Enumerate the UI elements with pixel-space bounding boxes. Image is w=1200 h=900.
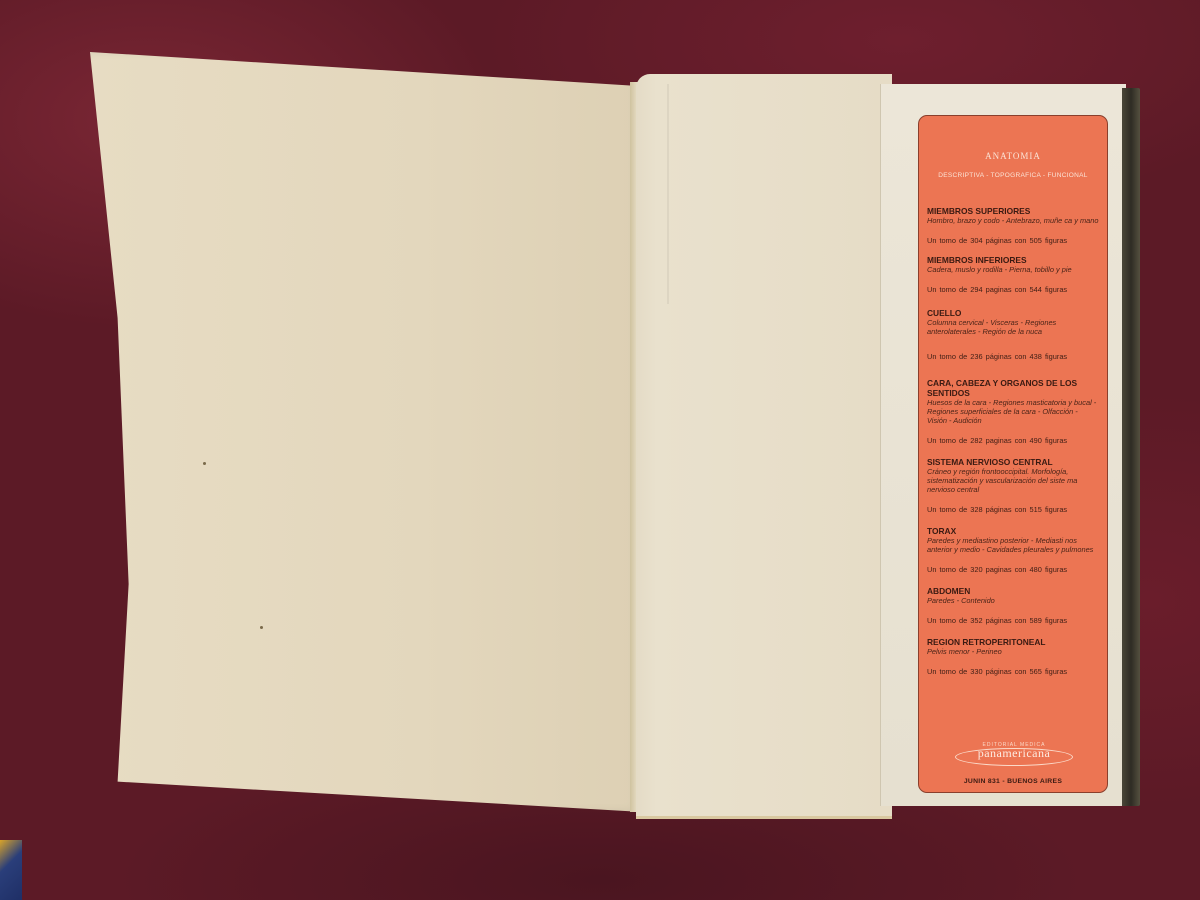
- card-title: ANATOMIA: [927, 151, 1099, 161]
- volume-section: REGION RETROPERITONEAL Pelvis menor - Pe…: [927, 637, 1099, 676]
- paper-speck: [260, 626, 263, 629]
- section-heading: TORAX: [927, 526, 1099, 536]
- section-volume: Un tomo de 328 páginas con 515 figuras: [927, 505, 1099, 514]
- section-description: Paredes y mediastino posterior - Mediast…: [927, 536, 1099, 554]
- advertisement-card: ANATOMIA DESCRIPTIVA - TOPOGRAFICA - FUN…: [918, 115, 1108, 793]
- paper-speck: [203, 462, 206, 465]
- section-volume: Un tomo de 352 páginas con 589 figuras: [927, 616, 1099, 625]
- section-volume: Un tomo de 320 paginas con 480 figuras: [927, 565, 1099, 574]
- fabric-corner: [0, 840, 22, 900]
- left-page-blank: [90, 52, 642, 812]
- section-volume: Un tomo de 282 paginas con 490 figuras: [927, 436, 1099, 445]
- volume-section: TORAX Paredes y mediastino posterior - M…: [927, 526, 1099, 574]
- publisher-name: panamericana: [955, 746, 1073, 761]
- section-heading: SISTEMA NERVIOSO CENTRAL: [927, 457, 1099, 467]
- section-description: Cráneo y región frontooccipital. Morfolo…: [927, 467, 1099, 494]
- section-heading: MIEMBROS SUPERIORES: [927, 206, 1099, 216]
- card-subtitle: DESCRIPTIVA - TOPOGRAFICA - FUNCIONAL: [927, 172, 1099, 179]
- section-description: Hombro, brazo y codo - Antebrazo, muñe c…: [927, 216, 1099, 225]
- page-crease: [667, 84, 669, 304]
- section-volume: Un tomo de 236 páginas con 438 figuras: [927, 352, 1099, 361]
- volume-section: MIEMBROS INFERIORES Cadera, muslo y rodi…: [927, 255, 1099, 294]
- section-heading: CARA, CABEZA Y ORGANOS DE LOS SENTIDOS: [927, 378, 1099, 398]
- section-description: Columna cervical - Visceras - Regiones a…: [927, 318, 1099, 336]
- cover-edge: [1122, 88, 1140, 806]
- section-description: Pelvis menor - Perineo: [927, 647, 1099, 656]
- section-volume: Un tomo de 330 páginas con 565 figuras: [927, 667, 1099, 676]
- volume-section: ABDOMEN Paredes - Contenido Un tomo de 3…: [927, 586, 1099, 625]
- section-description: Paredes - Contenido: [927, 596, 1099, 605]
- section-heading: MIEMBROS INFERIORES: [927, 255, 1099, 265]
- right-page: [636, 74, 892, 819]
- section-heading: REGION RETROPERITONEAL: [927, 637, 1099, 647]
- volume-section: SISTEMA NERVIOSO CENTRAL Cráneo y región…: [927, 457, 1099, 514]
- publisher-logo: EDITORIAL MEDICA panamericana: [955, 742, 1073, 768]
- section-volume: Un tomo de 304 páginas con 505 figuras: [927, 236, 1099, 245]
- section-heading: ABDOMEN: [927, 586, 1099, 596]
- section-description: Cadera, muslo y rodilla - Pierna, tobill…: [927, 265, 1099, 274]
- volume-section: CARA, CABEZA Y ORGANOS DE LOS SENTIDOS H…: [927, 378, 1099, 445]
- publisher-address: JUNIN 831 - BUENOS AIRES: [919, 778, 1107, 785]
- volume-section: CUELLO Columna cervical - Visceras - Reg…: [927, 308, 1099, 361]
- section-volume: Un tomo de 294 paginas con 544 figuras: [927, 285, 1099, 294]
- section-heading: CUELLO: [927, 308, 1099, 318]
- section-description: Huesos de la cara - Regiones masticatori…: [927, 398, 1099, 425]
- volume-section: MIEMBROS SUPERIORES Hombro, brazo y codo…: [927, 206, 1099, 245]
